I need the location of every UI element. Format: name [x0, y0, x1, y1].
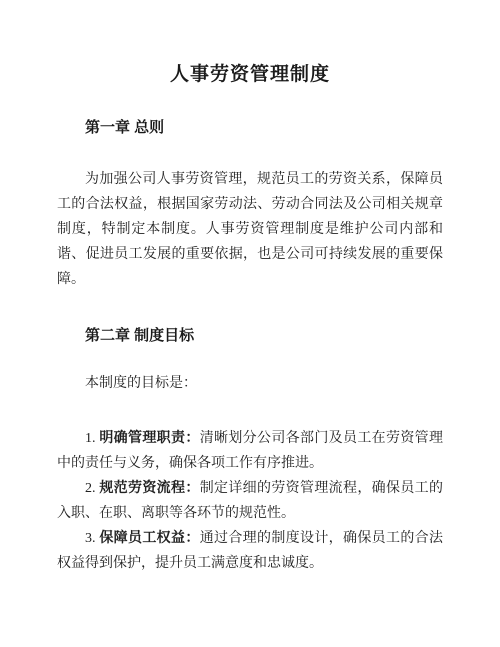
chapter-2-intro: 本制度的目标是：: [57, 371, 443, 396]
chapter-1-paragraph: 为加强公司人事劳资管理，规范员工的劳资关系，保障员工的合法权益，根据国家劳动法、…: [57, 167, 443, 292]
goal-item-3: 3. 保障员工权益：通过合理的制度设计，确保员工的合法权益得到保护，提升员工满意…: [57, 526, 443, 576]
goal-item-3-number: 3.: [85, 531, 99, 546]
goal-item-3-label: 保障员工权益：: [99, 531, 199, 546]
goal-item-1: 1. 明确管理职责：清晰划分公司各部门及员工在劳资管理中的责任与义务，确保各项工…: [57, 426, 443, 476]
chapter-1-heading: 第一章 总则: [57, 118, 443, 137]
goal-item-2-label: 规范劳资流程：: [99, 481, 199, 496]
goal-item-1-number: 1.: [85, 431, 99, 446]
document-page: 人事劳资管理制度 第一章 总则 为加强公司人事劳资管理，规范员工的劳资关系，保障…: [0, 0, 500, 647]
goal-item-2-number: 2.: [85, 481, 99, 496]
goal-item-1-label: 明确管理职责：: [99, 431, 199, 446]
chapter-2-heading: 第二章 制度目标: [57, 326, 443, 345]
goal-item-2: 2. 规范劳资流程：制定详细的劳资管理流程，确保员工的入职、在职、离职等各环节的…: [57, 476, 443, 526]
document-title: 人事劳资管理制度: [57, 63, 443, 86]
